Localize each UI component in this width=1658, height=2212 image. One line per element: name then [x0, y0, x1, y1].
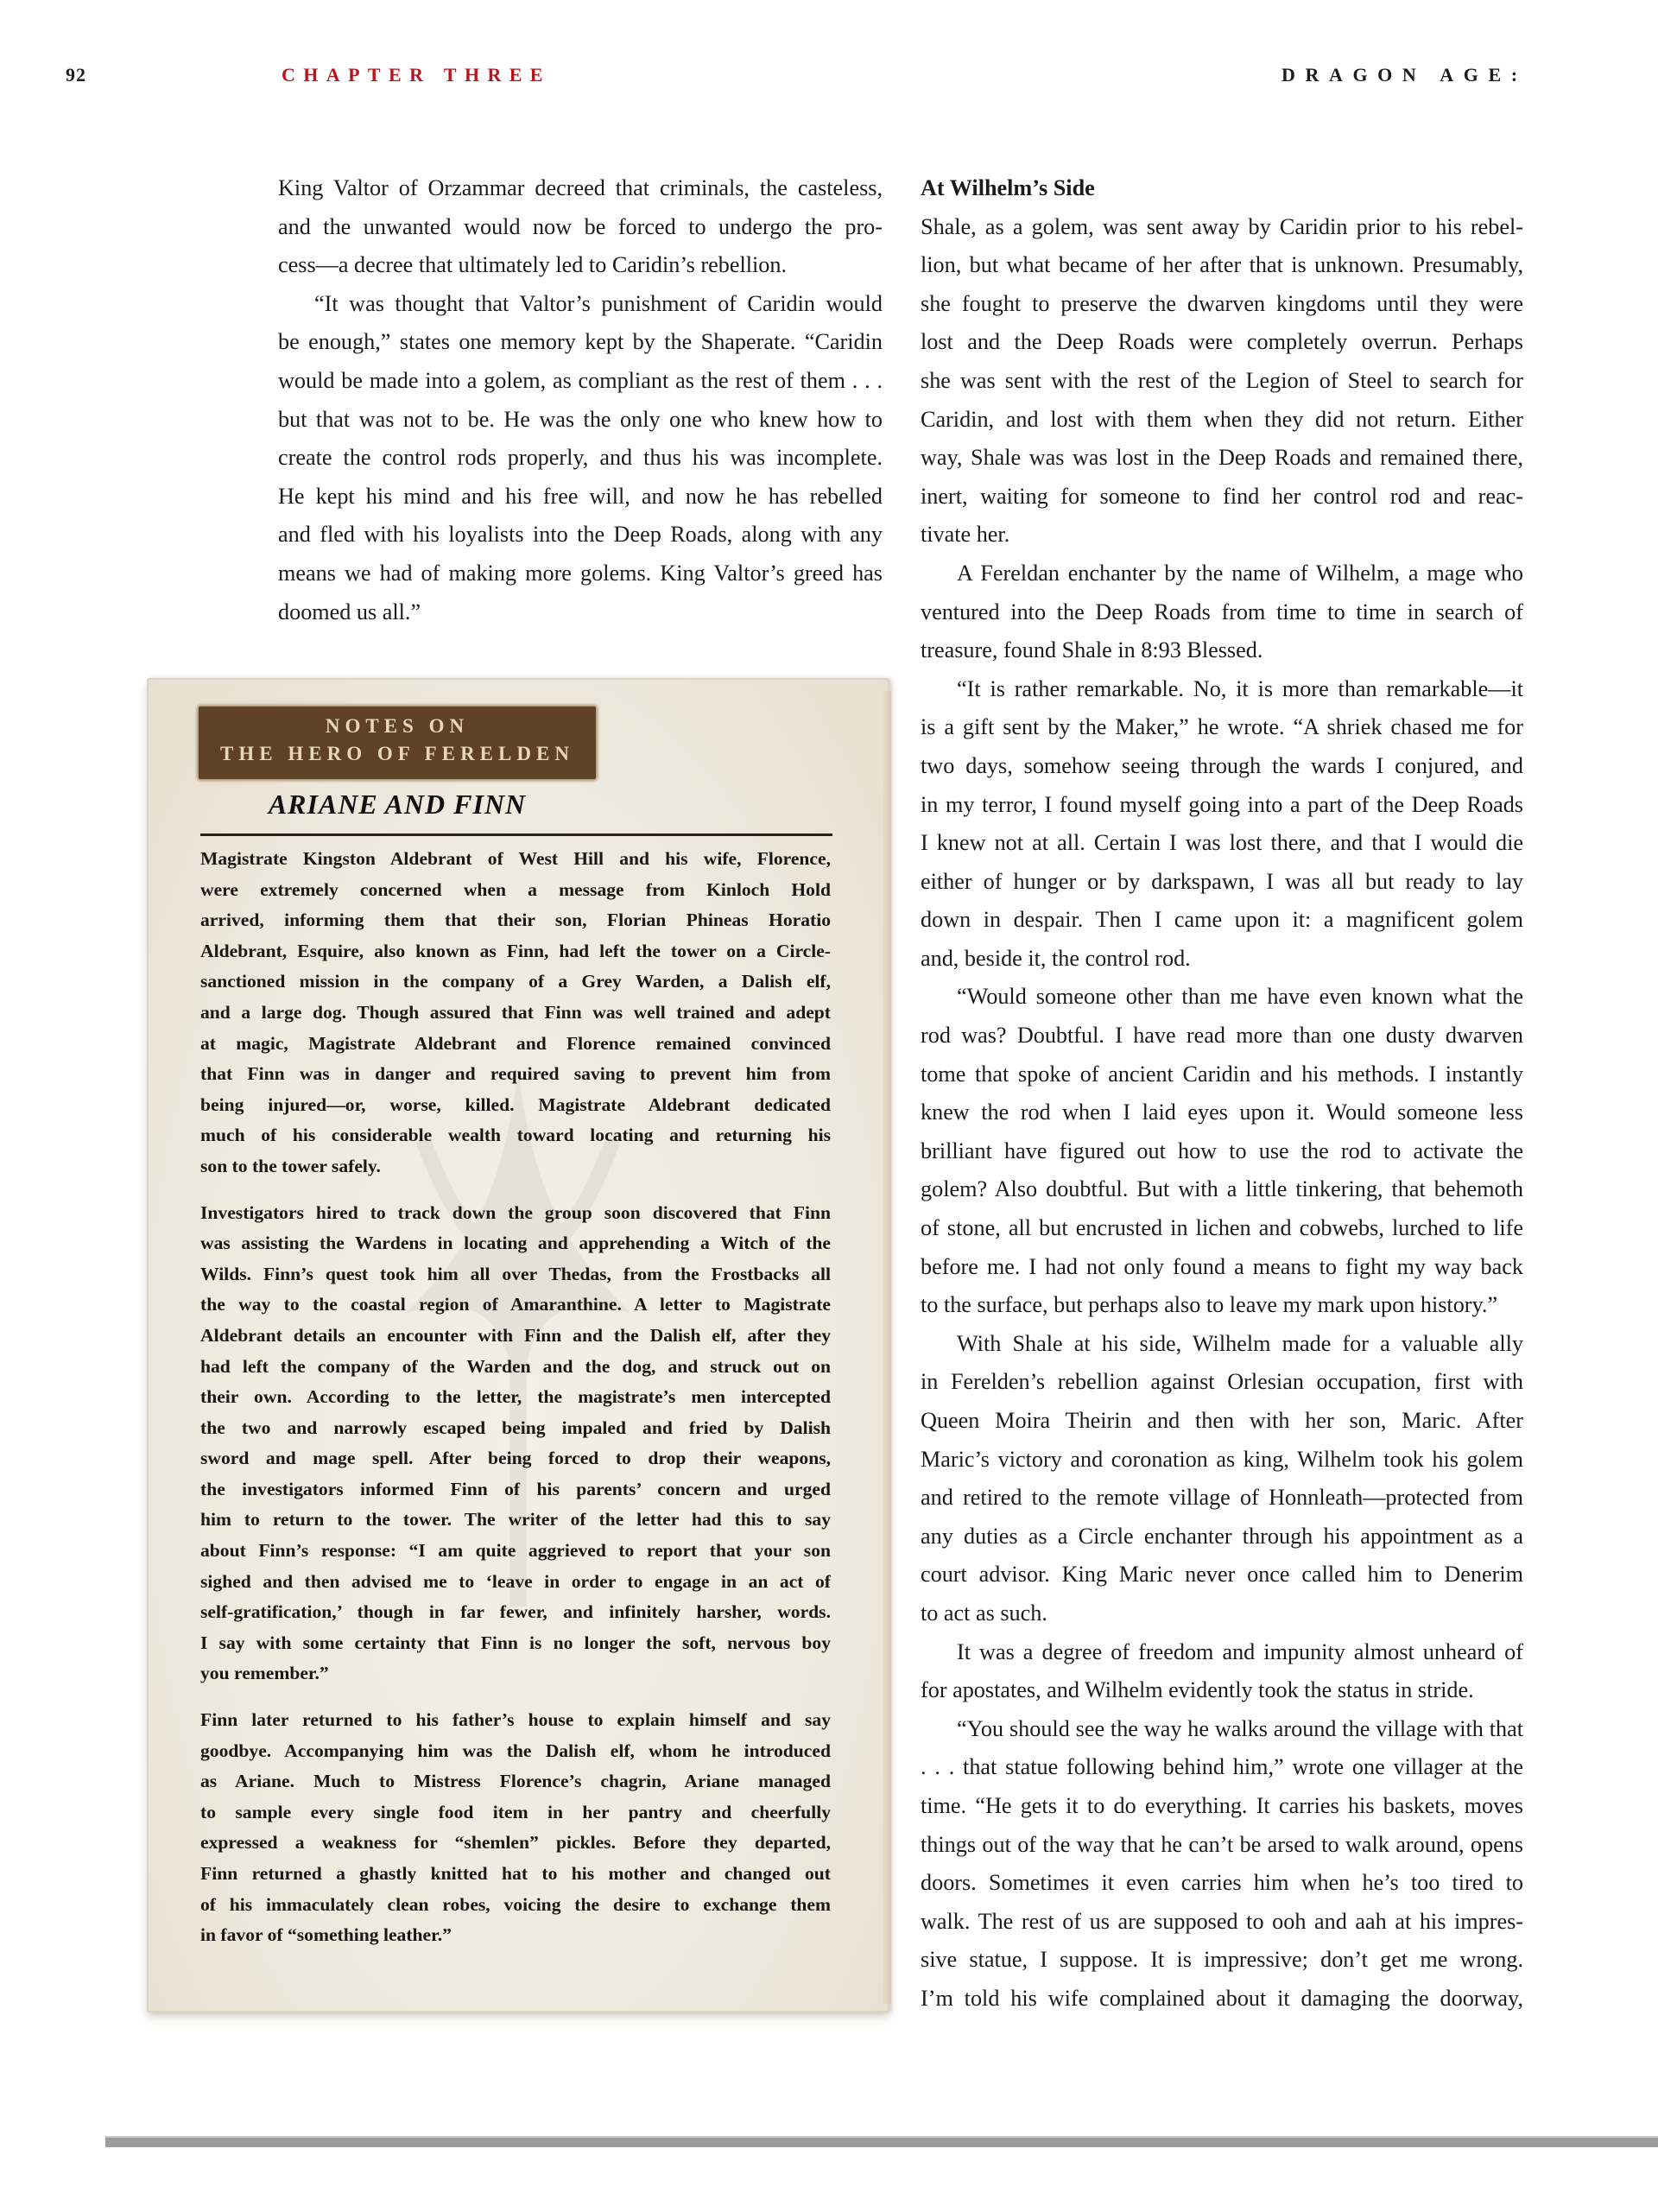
text-line: means we had of making more golems. King… — [278, 555, 883, 593]
text-line: arrived, informing them that their son, … — [200, 905, 831, 936]
text-line: in favor of “something leather.” — [200, 1920, 831, 1951]
text-line: the investigators informed Finn of his p… — [200, 1474, 831, 1505]
text-line: is a gift sent by the Maker,” he wrote. … — [921, 708, 1523, 747]
text-line: in my terror, I found myself going into … — [921, 786, 1523, 825]
text-line: create the control rods properly, and th… — [278, 439, 883, 478]
text-line: self-gratification,’ though in far fewer… — [200, 1597, 831, 1628]
text-line: golem? Also doubtful. But with a little … — [921, 1170, 1523, 1209]
text-line: Investigators hired to track down the gr… — [200, 1198, 831, 1229]
text-line: to sample every single food item in her … — [200, 1797, 831, 1829]
text-line: and the unwanted would now be forced to … — [278, 208, 883, 247]
sidebar-paragraph: Finn later returned to his father’s hous… — [200, 1705, 831, 1951]
text-line: rod was? Doubtful. I have read more than… — [921, 1017, 1523, 1055]
text-line: With Shale at his side, Wilhelm made for… — [921, 1325, 1523, 1364]
text-line: and, beside it, the control rod. — [921, 940, 1523, 979]
text-line: being injured—or, worse, killed. Magistr… — [200, 1090, 831, 1121]
text-line: things out of the way that he can’t be a… — [921, 1826, 1523, 1865]
footer-ornament-bar — [105, 2138, 1658, 2147]
text-line: Shale, as a golem, was sent away by Cari… — [921, 208, 1523, 247]
text-line: before me. I had not only found a means … — [921, 1248, 1523, 1287]
text-line: expressed a weakness for “shemlen” pickl… — [200, 1828, 831, 1859]
text-line: two days, somehow seeing through the war… — [921, 747, 1523, 786]
text-line: lost and the Deep Roads were completely … — [921, 323, 1523, 362]
text-line: He kept his mind and his free will, and … — [278, 478, 883, 517]
text-line: “You should see the way he walks around … — [921, 1710, 1523, 1749]
text-line: be enough,” states one memory kept by th… — [278, 323, 883, 362]
text-line: about Finn’s response: “I am quite aggri… — [200, 1536, 831, 1567]
text-line: any duties as a Circle enchanter through… — [921, 1518, 1523, 1556]
text-line: to act as such. — [921, 1594, 1523, 1633]
text-line: she fought to preserve the dwarven kingd… — [921, 285, 1523, 324]
text-line: down in despair. Then I came upon it: a … — [921, 901, 1523, 940]
chapter-heading: CHAPTER THREE — [282, 64, 551, 86]
text-line: sanctioned mission in the company of a G… — [200, 967, 831, 998]
text-line: knew the rod when I laid eyes upon it. W… — [921, 1093, 1523, 1132]
text-line: much of his considerable wealth toward l… — [200, 1120, 831, 1151]
text-line: that Finn was in danger and required sav… — [200, 1059, 831, 1090]
banner-line-1: NOTES ON — [199, 715, 596, 738]
text-line: . . . that statue following behind him,”… — [921, 1748, 1523, 1787]
text-line: “It was thought that Valtor’s punishment… — [278, 285, 883, 324]
text-line: “It is rather remarkable. No, it is more… — [921, 670, 1523, 709]
text-line: lion, but what became of her after that … — [921, 246, 1523, 285]
right-column: At Wilhelm’s Side Shale, as a golem, was… — [921, 169, 1523, 2019]
text-line: as Ariane. Much to Mistress Florence’s c… — [200, 1766, 831, 1797]
text-line: the two and narrowly escaped being impal… — [200, 1413, 831, 1444]
text-line: way, Shale was was lost in the Deep Road… — [921, 439, 1523, 478]
section-subheading: At Wilhelm’s Side — [921, 169, 1523, 208]
sidebar-body: Magistrate Kingston Aldebrant of West Hi… — [200, 844, 831, 1951]
text-line: A Fereldan enchanter by the name of Wilh… — [921, 555, 1523, 593]
text-line: was assisting the Wardens in locating an… — [200, 1228, 831, 1259]
text-line: ventured into the Deep Roads from time t… — [921, 593, 1523, 632]
text-line: to the surface, but perhaps also to leav… — [921, 1286, 1523, 1325]
text-line: in Ferelden’s rebellion against Orlesian… — [921, 1363, 1523, 1402]
text-line: of his immaculately clean robes, voicing… — [200, 1890, 831, 1921]
text-line: and fled with his loyalists into the Dee… — [278, 516, 883, 555]
text-line: for apostates, and Wilhelm evidently too… — [921, 1671, 1523, 1710]
text-line: Wilds. Finn’s quest took him all over Th… — [200, 1259, 831, 1290]
text-line: and retired to the remote village of Hon… — [921, 1479, 1523, 1518]
text-line: sighed and then advised me to ‘leave in … — [200, 1567, 831, 1598]
text-line: were extremely concerned when a message … — [200, 875, 831, 906]
text-line: It was a degree of freedom and impunity … — [921, 1633, 1523, 1672]
text-line: at magic, Magistrate Aldebrant and Flore… — [200, 1029, 831, 1060]
sidebar-banner: NOTES ON THE HERO OF FERELDEN — [199, 707, 596, 779]
parchment-edge — [883, 691, 891, 2004]
text-line: him to return to the tower. The writer o… — [200, 1505, 831, 1536]
text-line: goodbye. Accompanying him was the Dalish… — [200, 1736, 831, 1767]
text-line: Aldebrant, Esquire, also known as Finn, … — [200, 936, 831, 967]
text-line: King Valtor of Orzammar decreed that cri… — [278, 169, 883, 208]
text-line: she was sent with the rest of the Legion… — [921, 362, 1523, 401]
text-line: sive statue, I suppose. It is impressive… — [921, 1941, 1523, 1980]
text-line: inert, waiting for someone to find her c… — [921, 478, 1523, 517]
text-line: I say with some certainty that Finn is n… — [200, 1628, 831, 1659]
sidebar-title-rule — [200, 833, 832, 836]
text-line: I’m told his wife complained about it da… — [921, 1980, 1523, 2019]
text-line: you remember.” — [200, 1658, 831, 1689]
text-line: Finn returned a ghastly knitted hat to h… — [200, 1859, 831, 1890]
text-line: sword and mage spell. After being forced… — [200, 1443, 831, 1474]
book-title: DRAGON AGE: — [1281, 64, 1528, 86]
text-line: had left the company of the Warden and t… — [200, 1352, 831, 1383]
text-line: doomed us all.” — [278, 593, 883, 632]
text-line: court advisor. King Maric never once cal… — [921, 1556, 1523, 1594]
text-line: Queen Moira Theirin and then with her so… — [921, 1402, 1523, 1441]
text-line: son to the tower safely. — [200, 1151, 831, 1182]
text-line: their own. According to the letter, the … — [200, 1382, 831, 1413]
text-line: either of hunger or by darkspawn, I was … — [921, 863, 1523, 902]
text-line: and a large dog. Though assured that Fin… — [200, 998, 831, 1029]
text-line: Magistrate Kingston Aldebrant of West Hi… — [200, 844, 831, 875]
sidebar-title: ARIANE AND FINN — [199, 789, 596, 821]
text-line: brilliant have figured out how to use th… — [921, 1132, 1523, 1171]
sidebar-paragraph: Magistrate Kingston Aldebrant of West Hi… — [200, 844, 831, 1182]
text-line: walk. The rest of us are supposed to ooh… — [921, 1903, 1523, 1942]
sidebar-paragraph: Investigators hired to track down the gr… — [200, 1198, 831, 1690]
text-line: time. “He gets it to do everything. It c… — [921, 1787, 1523, 1826]
text-line: Finn later returned to his father’s hous… — [200, 1705, 831, 1736]
text-line: tivate her. — [921, 516, 1523, 555]
text-line: Caridin, and lost with them when they di… — [921, 401, 1523, 440]
left-column: King Valtor of Orzammar decreed that cri… — [278, 169, 883, 631]
text-line: the way to the coastal region of Amarant… — [200, 1290, 831, 1321]
text-line: treasure, found Shale in 8:93 Blessed. — [921, 631, 1523, 670]
text-line: I knew not at all. Certain I was lost th… — [921, 824, 1523, 863]
text-line: doors. Sometimes it even carries him whe… — [921, 1864, 1523, 1903]
text-line: cess—a decree that ultimately led to Car… — [278, 246, 883, 285]
text-line: Maric’s victory and coronation as king, … — [921, 1441, 1523, 1480]
text-line: Aldebrant details an encounter with Finn… — [200, 1321, 831, 1352]
page-number: 92 — [66, 64, 86, 86]
text-line: would be made into a golem, as compliant… — [278, 362, 883, 401]
text-line: “Would someone other than me have even k… — [921, 978, 1523, 1017]
banner-line-2: THE HERO OF FERELDEN — [199, 743, 596, 765]
text-line: but that was not to be. He was the only … — [278, 401, 883, 440]
text-line: of stone, all but encrusted in lichen an… — [921, 1209, 1523, 1248]
text-line: tome that spoke of ancient Caridin and h… — [921, 1055, 1523, 1094]
